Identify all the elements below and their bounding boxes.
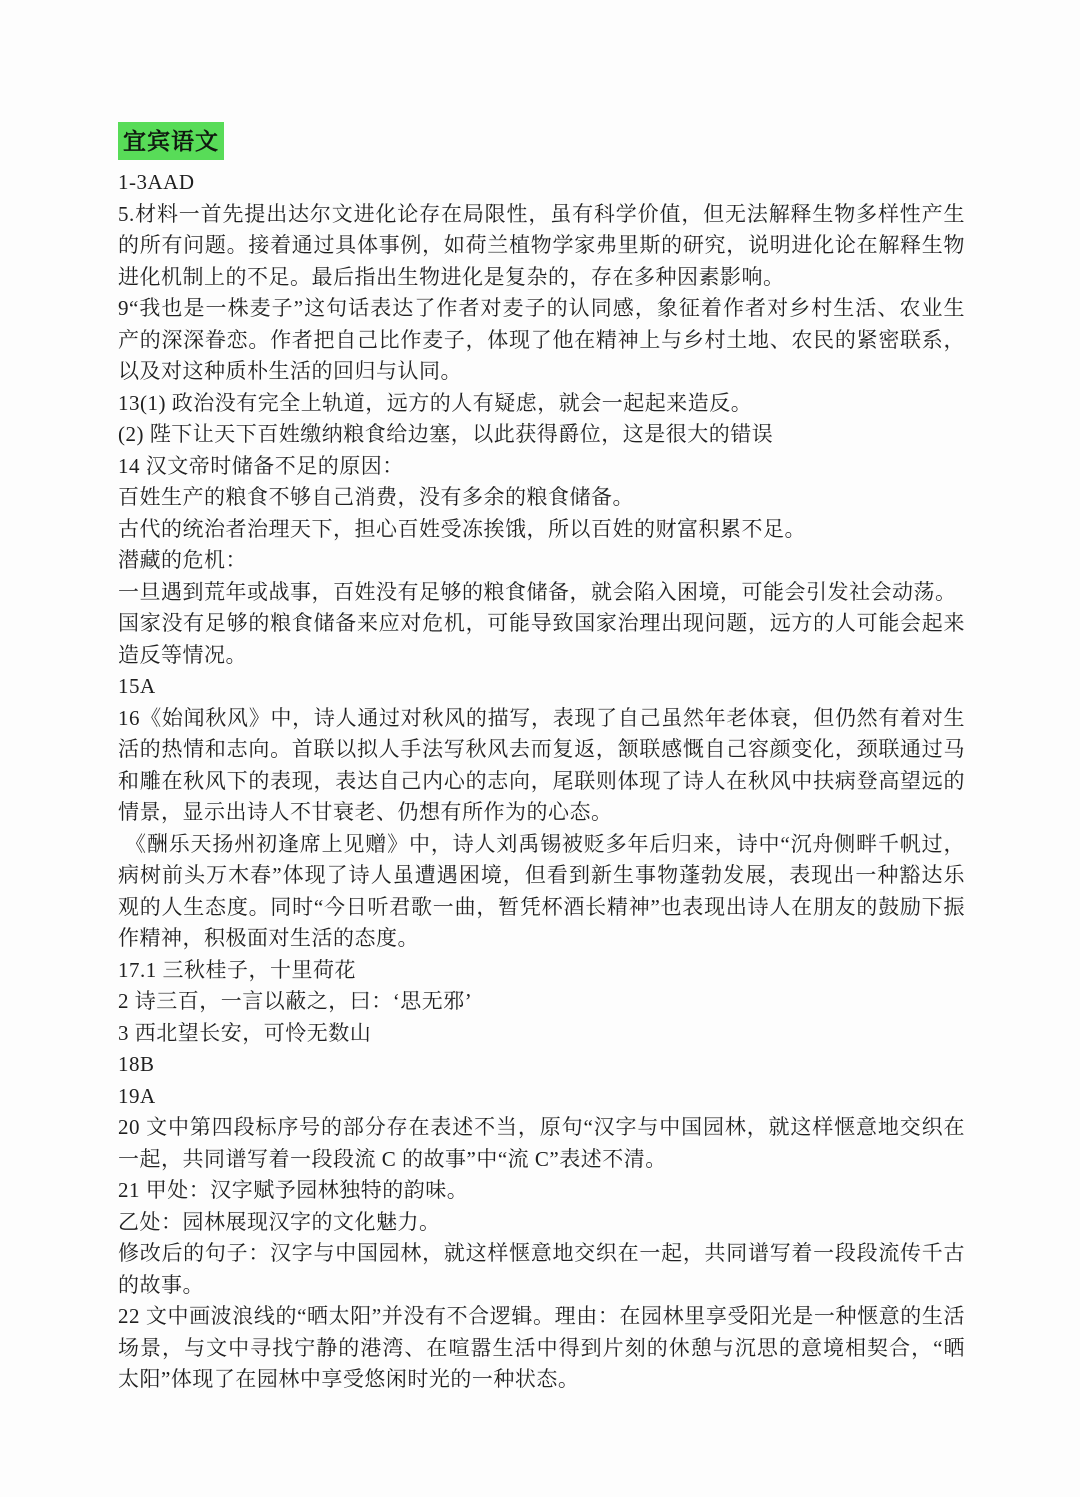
answer-15: 15A xyxy=(118,671,965,703)
answer-14-crisis-2: 国家没有足够的粮食储备来应对危机，可能导致国家治理出现问题，远方的人可能会起来造… xyxy=(118,608,965,671)
answer-1-3: 1-3AAD xyxy=(118,167,965,199)
answer-17-3: 3 西北望长安，可怜无数山 xyxy=(118,1018,965,1050)
answer-5: 5.材料一首先提出达尔文进化论存在局限性，虽有科学价值，但无法解释生物多样性产生… xyxy=(118,199,965,294)
answer-14-crisis-1: 一旦遇到荒年或战事，百姓没有足够的粮食储备，就会陷入困境，可能会引发社会动荡。 xyxy=(118,577,965,609)
answer-20: 20 文中第四段标序号的部分存在表述不当，原句“汉字与中国园林，就这样惬意地交织… xyxy=(118,1112,965,1175)
answer-21-revised: 修改后的句子：汉字与中国园林，就这样惬意地交织在一起，共同谱写着一段段流传千古的… xyxy=(118,1238,965,1301)
answer-16-part-2: 《酬乐天扬州初逢席上见赠》中，诗人刘禹锡被贬多年后归来，诗中“沉舟侧畔千帆过，病… xyxy=(118,829,965,955)
answer-9: 9“我也是一株麦子”这句话表达了作者对麦子的认同感，象征着作者对乡村生活、农业生… xyxy=(118,293,965,388)
document-page: 宜宾语文 1-3AAD 5.材料一首先提出达尔文进化论存在局限性，虽有科学价值，… xyxy=(0,0,1080,1497)
answer-13-1: 13(1) 政治没有完全上轨道，远方的人有疑虑，就会一起起来造反。 xyxy=(118,388,965,420)
title-line: 宜宾语文 xyxy=(118,122,965,161)
page-title: 宜宾语文 xyxy=(118,122,224,160)
answer-22: 22 文中画波浪线的“晒太阳”并没有不合逻辑。理由：在园林里享受阳光是一种惬意的… xyxy=(118,1301,965,1396)
answer-16-part-1: 16《始闻秋风》中，诗人通过对秋风的描写，表现了自己虽然年老体衰，但仍然有着对生… xyxy=(118,703,965,829)
answer-13-2: (2) 陛下让天下百姓缴纳粮食给边塞，以此获得爵位，这是很大的错误 xyxy=(118,419,965,451)
answer-14-heading: 14 汉文帝时储备不足的原因： xyxy=(118,451,965,483)
answer-14-crisis-heading: 潜藏的危机： xyxy=(118,545,965,577)
answer-17-1: 17.1 三秋桂子，十里荷花 xyxy=(118,955,965,987)
answer-18: 18B xyxy=(118,1049,965,1081)
answer-21-jia: 21 甲处：汉字赋予园林独特的韵味。 xyxy=(118,1175,965,1207)
answer-14-reason-1: 百姓生产的粮食不够自己消费，没有多余的粮食储备。 xyxy=(118,482,965,514)
answer-17-2: 2 诗三百，一言以蔽之，曰：‘思无邪’ xyxy=(118,986,965,1018)
answer-21-yi: 乙处：园林展现汉字的文化魅力。 xyxy=(118,1207,965,1239)
answer-19: 19A xyxy=(118,1081,965,1113)
answer-14-reason-2: 古代的统治者治理天下，担心百姓受冻挨饿，所以百姓的财富积累不足。 xyxy=(118,514,965,546)
answer-key-content: 宜宾语文 1-3AAD 5.材料一首先提出达尔文进化论存在局限性，虽有科学价值，… xyxy=(118,122,965,1396)
